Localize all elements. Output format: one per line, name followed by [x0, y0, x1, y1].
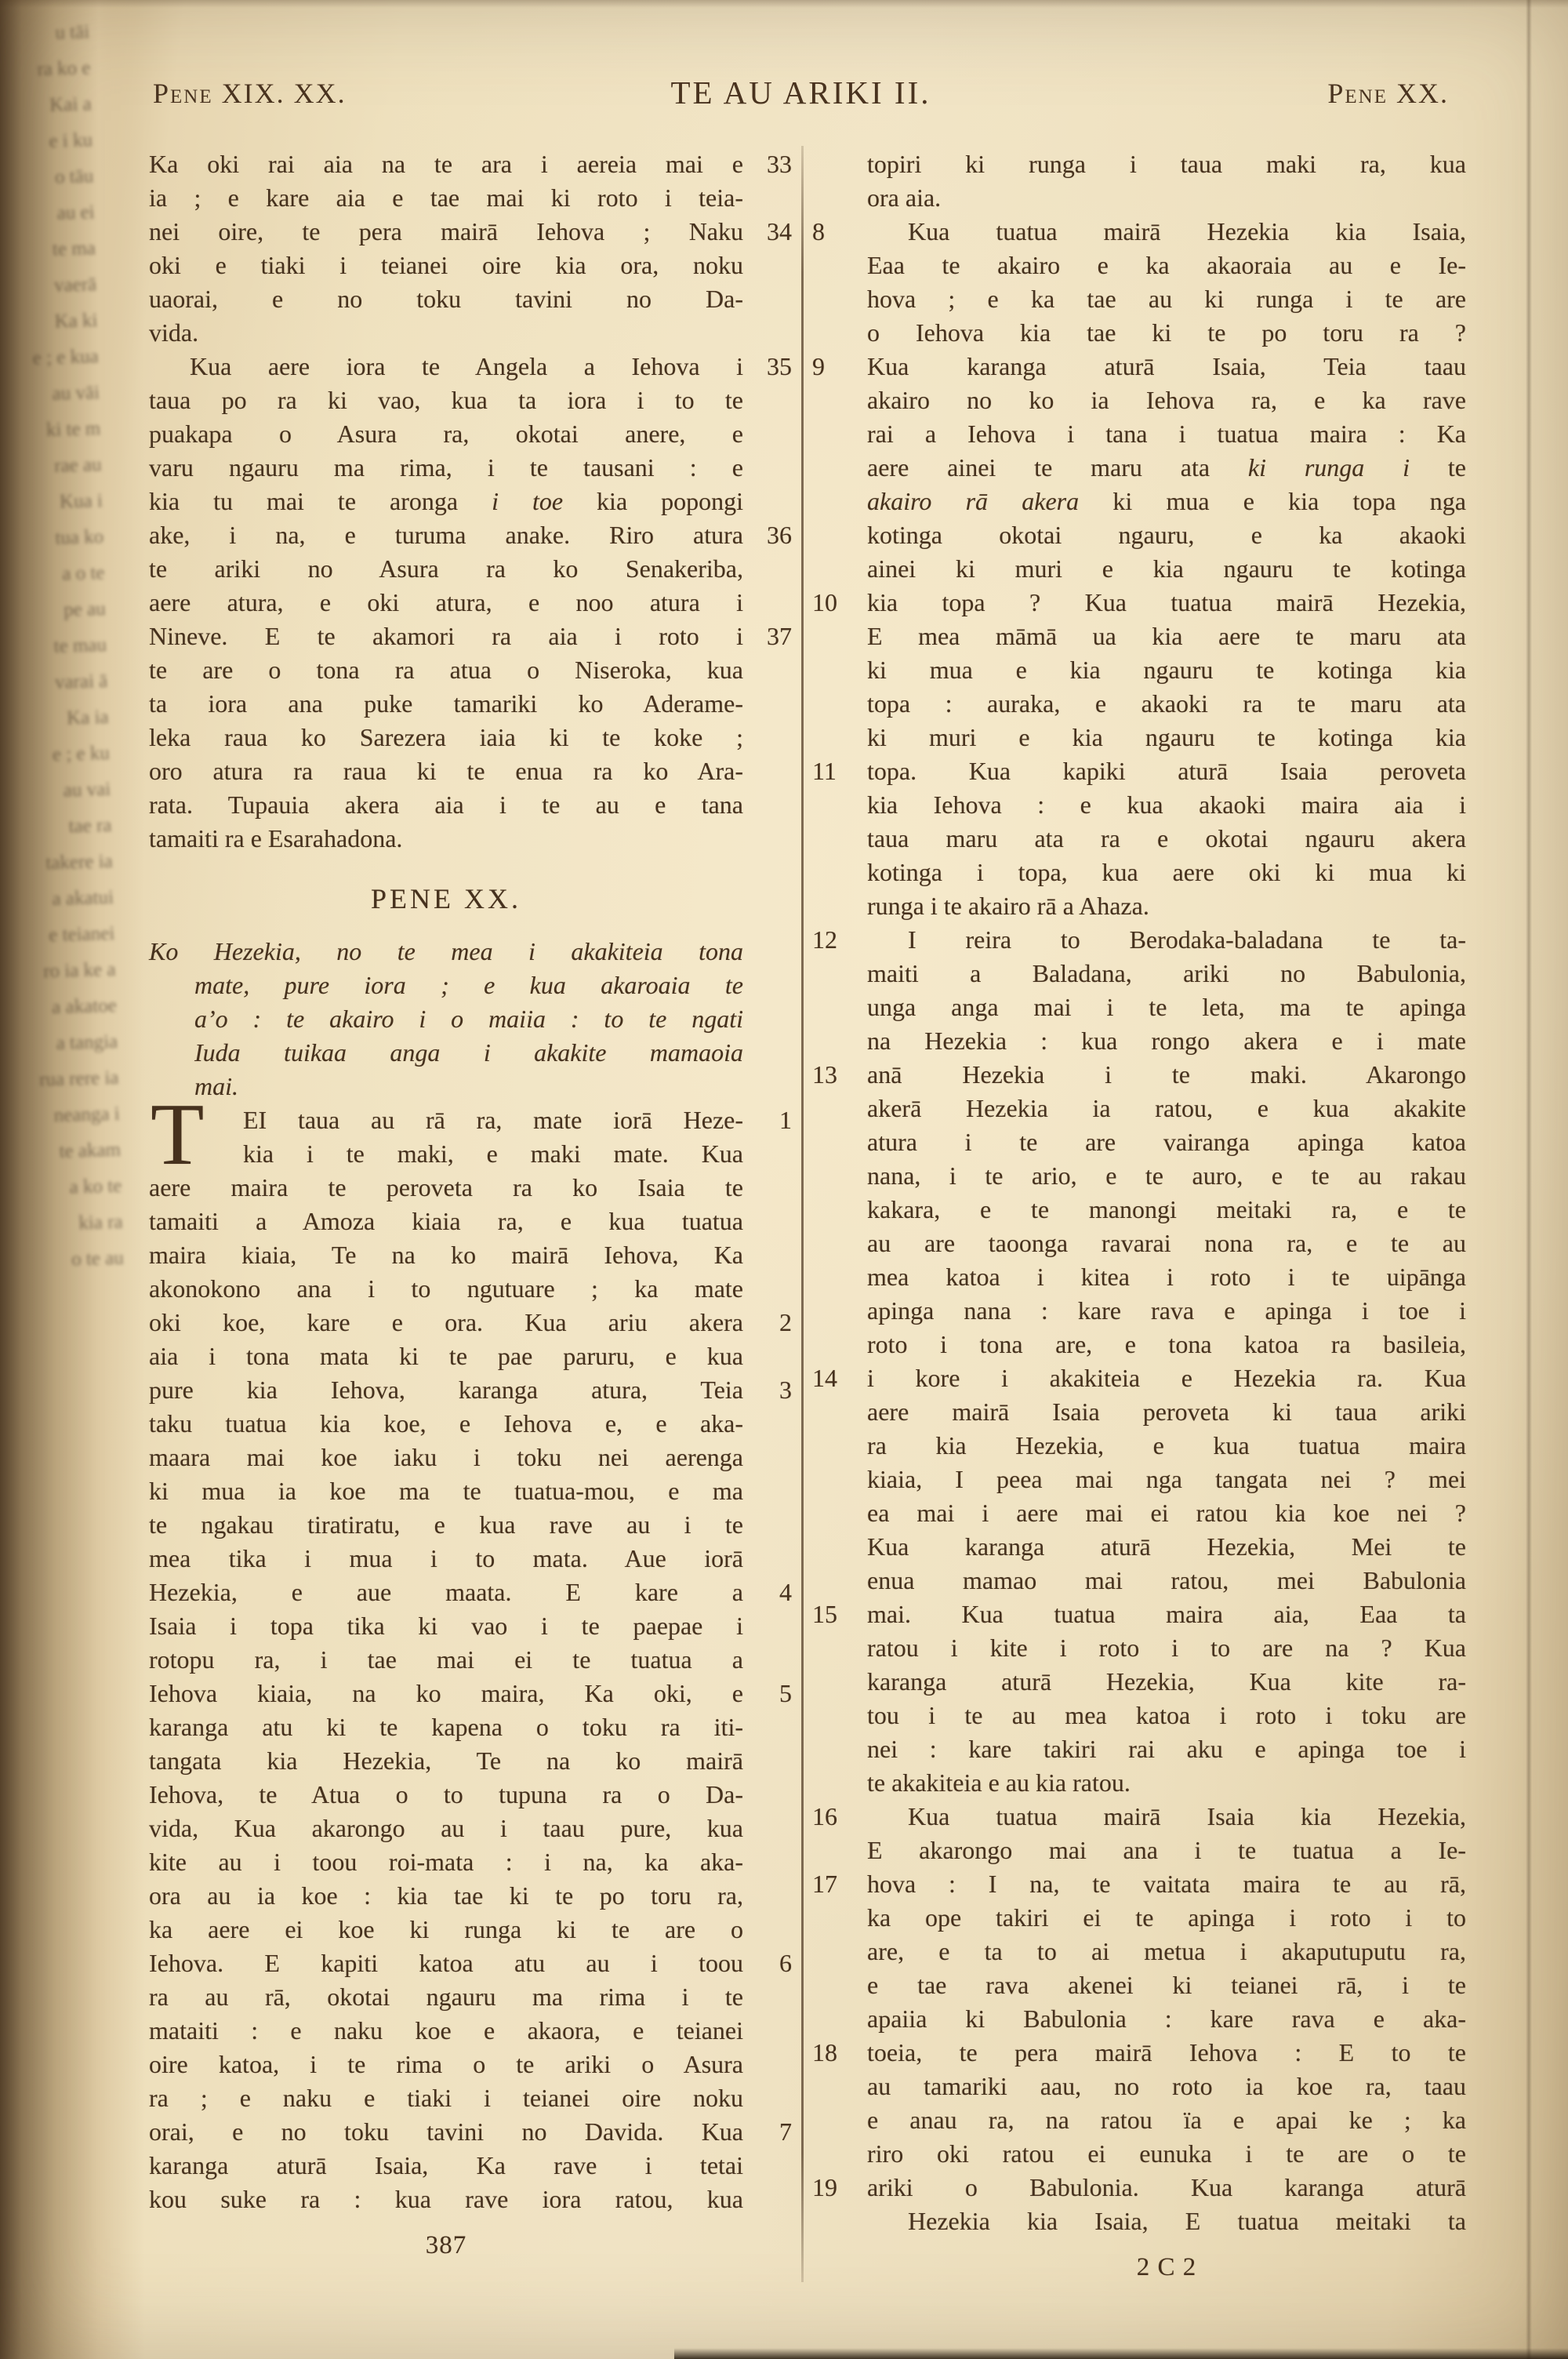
text-line: oire katoa, i te rima o te ariki o Asura	[149, 2048, 743, 2081]
chapter-heading: PENE XX.	[149, 882, 743, 916]
verse-number: 18	[812, 2036, 837, 2070]
text-line: ainei ki muri e kia ngauru te kotinga	[867, 552, 1466, 586]
text-line: a’o : te akairo i o maiia : to te ngati	[149, 1002, 743, 1036]
verse-number: 10	[812, 586, 837, 620]
text-line: oki e tiaki i teianei oire kia ora, noku	[149, 249, 743, 282]
facing-page-ghost-text: u tāira ko eKai ae i kuo tāuau eite mava…	[0, 14, 124, 1280]
verse-number: 17	[812, 1867, 837, 1901]
text-line: au tamariki aau, no roto ia koe ra, taau	[867, 2070, 1466, 2103]
text-line: e tae rava akenei ki teianei rā, i te	[867, 1968, 1466, 2002]
text-line: aere ainei te maru ata ki runga i te	[867, 451, 1466, 485]
text-line: roto i tona are, e tona katoa ra basilei…	[867, 1328, 1466, 1361]
text-line: pure kia Iehova, karanga atura, Teia3	[149, 1373, 743, 1407]
text-line: kite au i toou roi-mata : i na, ka aka-	[149, 1845, 743, 1879]
text-line: ra au rā, okotai ngauru ma rima i te	[149, 1980, 743, 2014]
text-line: mai.	[149, 1070, 743, 1103]
text-line: kia Iehova : e kua akaoki maira aia i	[867, 788, 1466, 822]
verse-number: 37	[767, 620, 792, 653]
text-line: vida, Kua akarongo au i taau pure, kua	[149, 1812, 743, 1845]
text-line: akairo rā akera ki mua e kia topa nga	[867, 485, 1466, 518]
text-line: Kua aere iora te Angela a Iehova i35	[149, 350, 743, 383]
verse-number: 19	[812, 2171, 837, 2205]
paragraph-block: topiri ki runga i taua maki ra, kuaora a…	[867, 147, 1466, 2238]
text-line: hova ; e ka tae au ki runga i te are	[867, 282, 1466, 316]
text-line: puakapa o Asura ra, okotai anere, e	[149, 417, 743, 451]
text-line: rai a Iehova i tana i tuatua maira : Ka	[867, 417, 1466, 451]
text-line: varu ngauru ma rima, i te tausani : e	[149, 451, 743, 485]
text-line: oro atura ra raua ki te enua ra ko Ara-	[149, 754, 743, 788]
text-line: rotopu ra, i tae mai ei te tuatua a	[149, 1643, 743, 1677]
text-line: Nineve. E te akamori ra aia i roto i37	[149, 620, 743, 653]
verse-number: 8	[812, 215, 825, 249]
text-line: enua mamao mai ratou, mei Babulonia	[867, 1564, 1466, 1598]
verse-number: 5	[779, 1677, 792, 1710]
text-line: akonokono ana i to ngutuare ; ka mate	[149, 1272, 743, 1306]
text-line: kotinga i topa, kua aere oki ki mua ki	[867, 856, 1466, 889]
text-line: tangata kia Hezekia, Te na ko mairā	[149, 1744, 743, 1778]
text-line: ta iora ana puke tamariki ko Aderame-	[149, 687, 743, 721]
text-line: ki muri e kia ngauru te kotinga kia	[867, 721, 1466, 754]
verse-number: 35	[767, 350, 792, 383]
text-line: Iehova. E kapiti katoa atu au i toou6	[149, 1946, 743, 1980]
text-line: karanga aturā Hezekia, Kua kite ra-	[867, 1665, 1466, 1699]
text-line: rata. Tupauia akera aia i te au e tana	[149, 788, 743, 822]
right-column: topiri ki runga i taua maki ra, kuaora a…	[867, 147, 1466, 2284]
verse-number: 2	[779, 1306, 792, 1339]
text-line: Ko Hezekia, no te mea i akakiteia tona	[149, 935, 743, 969]
text-line: aia i tona mata ki te pae paruru, e kua	[149, 1339, 743, 1373]
text-line: ki mua e kia ngauru te kotinga kia	[867, 653, 1466, 687]
text-line: e anau ra, na ratou ïa e apai ke ; ka	[867, 2103, 1466, 2137]
text-line: Kua tuatua mairā Isaia kia Hezekia,16	[867, 1800, 1466, 1834]
text-line: ariki o Babulonia. Kua karanga aturā19	[867, 2171, 1466, 2205]
running-head-right: Pene XX.	[1327, 77, 1449, 110]
running-head-title: TE AU ARIKI II.	[671, 74, 931, 111]
text-line: kou suke ra : kua rave iora ratou, kua	[149, 2183, 743, 2216]
text-line: topiri ki runga i taua maki ra, kua	[867, 147, 1466, 181]
verse-number: 9	[812, 350, 825, 383]
spine-gutter: u tāira ko eKai ae i kuo tāuau eite mava…	[0, 0, 145, 2359]
text-line: uaorai, e no toku tavini no Da-	[149, 282, 743, 316]
text-line: Kua karanga aturā Hezekia, Mei te	[867, 1530, 1466, 1564]
verse-number: 4	[779, 1576, 792, 1609]
text-line: toeia, te pera mairā Iehova : E to te18	[867, 2036, 1466, 2070]
verse-number: 6	[779, 1946, 792, 1980]
text-line: ka ope takiri ei te apinga i roto i to	[867, 1901, 1466, 1935]
text-line: tou i te au mea katoa i roto i toku are	[867, 1699, 1466, 1732]
verse-number: 13	[812, 1058, 837, 1092]
paragraph-block: Ka oki rai aia na te ara i aereia mai e3…	[149, 147, 743, 856]
text-line: unga anga mai i te leta, ma te apinga	[867, 990, 1466, 1024]
page-top-edge	[0, 0, 1568, 8]
text-line: runga i te akairo rā a Ahaza.	[867, 889, 1466, 923]
text-line: Kua tuatua mairā Hezekia kia Isaia,8	[867, 215, 1466, 249]
text-line: vida.	[149, 316, 743, 350]
text-line: na Hezekia : kua rongo akera e i mate	[867, 1024, 1466, 1058]
text-line: karanga atu ki te kapena o toku ra iti-	[149, 1710, 743, 1744]
text-line: E akarongo mai ana i te tuatua a Ie-	[867, 1834, 1466, 1867]
text-line: ra ; e naku e tiaki i teianei oire noku	[149, 2081, 743, 2115]
text-line: te are o tona ra atua o Niseroka, kua	[149, 653, 743, 687]
verse-number: 11	[812, 754, 837, 788]
verse-number: 15	[812, 1598, 837, 1631]
page-crease	[1526, 0, 1532, 2359]
running-head-left: Pene XIX. XX.	[153, 77, 347, 110]
text-line: ra kia Hezekia, e kua tuatua maira	[867, 1429, 1466, 1463]
text-line: leka raua ko Sarezera iaia ki te koke ;	[149, 721, 743, 754]
text-line: hova : I na, te vaitata maira te au rā,1…	[867, 1867, 1466, 1901]
text-line: kotinga okotai ngauru, e ka akaoki	[867, 518, 1466, 552]
text-line: Iuda tuikaa anga i akakite mamaoia	[149, 1036, 743, 1070]
text-line: apinga nana : kare rava e apinga i toe i	[867, 1294, 1466, 1328]
text-line: E mea māmā ua kia aere te maru ata	[867, 620, 1466, 653]
text-line: nei oire, te pera mairā Iehova ; Naku34	[149, 215, 743, 249]
text-line: topa : auraka, e akaoki ra te maru ata	[867, 687, 1466, 721]
text-line: te akakiteia e au kia ratou.	[867, 1766, 1466, 1800]
text-line: kiaia, I peea mai nga tangata nei ? mei	[867, 1463, 1466, 1496]
text-line: aere mairā Isaia peroveta ki taua ariki	[867, 1395, 1466, 1429]
text-line: maiti a Baladana, ariki no Babulonia,	[867, 957, 1466, 990]
text-line: i kore i akakiteia e Hezekia ra. Kua14	[867, 1361, 1466, 1395]
text-line: Hezekia kia Isaia, E tuatua meitaki ta	[867, 2205, 1466, 2238]
verse-number: 1	[779, 1103, 792, 1137]
text-line: Hezekia, e aue maata. E kare a4	[149, 1576, 743, 1609]
verse-number: 16	[812, 1800, 837, 1834]
text-line: taua maru ata ra e okotai ngauru akera	[867, 822, 1466, 856]
text-line: TEI taua au rā ra, mate iorā Heze-1	[149, 1103, 743, 1137]
text-line: maira kiaia, Te na ko mairā Iehova, Ka	[149, 1238, 743, 1272]
text-line: maara mai koe iaku i toku nei aerenga	[149, 1441, 743, 1474]
text-line: ea mai i aere mai ei ratou kia koe nei ?	[867, 1496, 1466, 1530]
text-line: aere maira te peroveta ra ko Isaia te	[149, 1171, 743, 1205]
text-line: ake, i na, e turuma anake. Riro atura36	[149, 518, 743, 552]
text-line: ka aere ei koe ki runga ki te are o	[149, 1913, 743, 1946]
verse-number: 34	[767, 215, 792, 249]
text-line: Eaa te akairo e ka akaoraia au e Ie-	[867, 249, 1466, 282]
text-line: kia tu mai te aronga i toe kia popongi	[149, 485, 743, 518]
text-line: au are taoonga ravarai nona ra, e te au	[867, 1227, 1466, 1260]
text-line: Isaia i topa tika ki vao i te paepae i	[149, 1609, 743, 1643]
text-line: ora aia.	[867, 181, 1466, 215]
text-line: Iehova kiaia, na ko maira, Ka oki, e5	[149, 1677, 743, 1710]
text-line: ratou i kite i roto i to are na ? Kua	[867, 1631, 1466, 1665]
verse-number: 7	[779, 2115, 792, 2149]
text-line: oki koe, kare e ora. Kua ariu akera2	[149, 1306, 743, 1339]
text-line: o Iehova kia tae ki te po toru ra ?	[867, 316, 1466, 350]
right-column-lines: topiri ki runga i taua maki ra, kuaora a…	[867, 147, 1466, 2238]
text-line: akerā Hezekia ia ratou, e kua akakite	[867, 1092, 1466, 1125]
text-line: topa. Kua kapiki aturā Isaia peroveta11	[867, 754, 1466, 788]
text-line: nei : kare takiri rai aku e apinga toe i	[867, 1732, 1466, 1766]
text-line: riro oki ratou ei eunuka i te are o te	[867, 2137, 1466, 2171]
text-line: I reira to Berodaka-baladana te ta-12	[867, 923, 1466, 957]
text-line: mea tika i mua i to mata. Aue iorā	[149, 1542, 743, 1576]
book-page: u tāira ko eKai ae i kuo tāuau eite mava…	[0, 0, 1568, 2359]
text-line: kakara, e te manongi meitaki ra, e te	[867, 1193, 1466, 1227]
text-line: Iehova, te Atua o to tupuna ra o Da-	[149, 1778, 743, 1812]
text-line: orai, e no toku tavini no Davida. Kua7	[149, 2115, 743, 2149]
text-line: mai. Kua tuatua maira aia, Eaa ta15	[867, 1598, 1466, 1631]
text-line: Ka oki rai aia na te ara i aereia mai e3…	[149, 147, 743, 181]
text-line: Kua karanga aturā Isaia, Teia taau9	[867, 350, 1466, 383]
text-line: karanga aturā Isaia, Ka rave i tetai	[149, 2149, 743, 2183]
verse-number: 33	[767, 147, 792, 181]
text-line: akairo no ko ia Iehova ra, e ka rave	[867, 383, 1466, 417]
left-column: Ka oki rai aia na te ara i aereia mai e3…	[149, 147, 743, 2263]
text-line: kia topa ? Kua tuatua mairā Hezekia,10	[867, 586, 1466, 620]
verse-number: 36	[767, 518, 792, 552]
text-line: tamaiti a Amoza kiaia ra, e kua tuatua	[149, 1205, 743, 1238]
chapter-summary: Ko Hezekia, no te mea i akakiteia tonama…	[149, 935, 743, 1103]
verse-number: 3	[779, 1373, 792, 1407]
text-line: te ngakau tiratiratu, e kua rave au i te	[149, 1508, 743, 1542]
page-number: 387	[149, 2229, 743, 2263]
text-line: mea katoa i kitea i roto i te uipānga	[867, 1260, 1466, 1294]
text-line: apaiia ki Babulonia : kare rava e aka-	[867, 2002, 1466, 2036]
text-line: anā Hezekia i te maki. Akarongo13	[867, 1058, 1466, 1092]
text-line: ora au ia koe : kia tae ki te po toru ra…	[149, 1879, 743, 1913]
text-line: nana, i te ario, e te auro, e te au raka…	[867, 1159, 1466, 1193]
text-line: mate, pure iora ; e kua akaroaia te	[149, 969, 743, 1002]
page-bottom-edge	[674, 2348, 1568, 2359]
text-line: taku tuatua kia koe, e Iehova e, e aka-	[149, 1407, 743, 1441]
text-line: atura i te are vairanga apinga katoa	[867, 1125, 1466, 1159]
left-column-lines: Ka oki rai aia na te ara i aereia mai e3…	[149, 147, 743, 2216]
page-header: Pene XIX. XX. TE AU ARIKI II. Pene XX.	[153, 74, 1449, 114]
text-line: aere atura, e oki atura, e noo atura i	[149, 586, 743, 620]
verse-number: 12	[812, 923, 837, 957]
text-line: kia i te maki, e maki mate. Kua	[149, 1137, 743, 1171]
text-line: te ariki no Asura ra ko Senakeriba,	[149, 552, 743, 586]
signature-mark: 2 C 2	[867, 2251, 1466, 2284]
text-line: are, e ta to ai metua i akaputuputu ra,	[867, 1935, 1466, 1968]
paragraph-block: TEI taua au rā ra, mate iorā Heze-1kia i…	[149, 1103, 743, 2216]
text-line: taua po ra ki vao, kua ta iora i to te	[149, 383, 743, 417]
text-line: mataiti : e naku koe e akaora, e teianei	[149, 2014, 743, 2048]
column-divider	[801, 146, 804, 2282]
text-line: ia ; e kare aia e tae mai ki roto i teia…	[149, 181, 743, 215]
text-line: ki mua ia koe ma te tuatua-mou, e ma	[149, 1474, 743, 1508]
text-line: tamaiti ra e Esarahadona.	[149, 822, 743, 856]
verse-number: 14	[812, 1361, 837, 1395]
